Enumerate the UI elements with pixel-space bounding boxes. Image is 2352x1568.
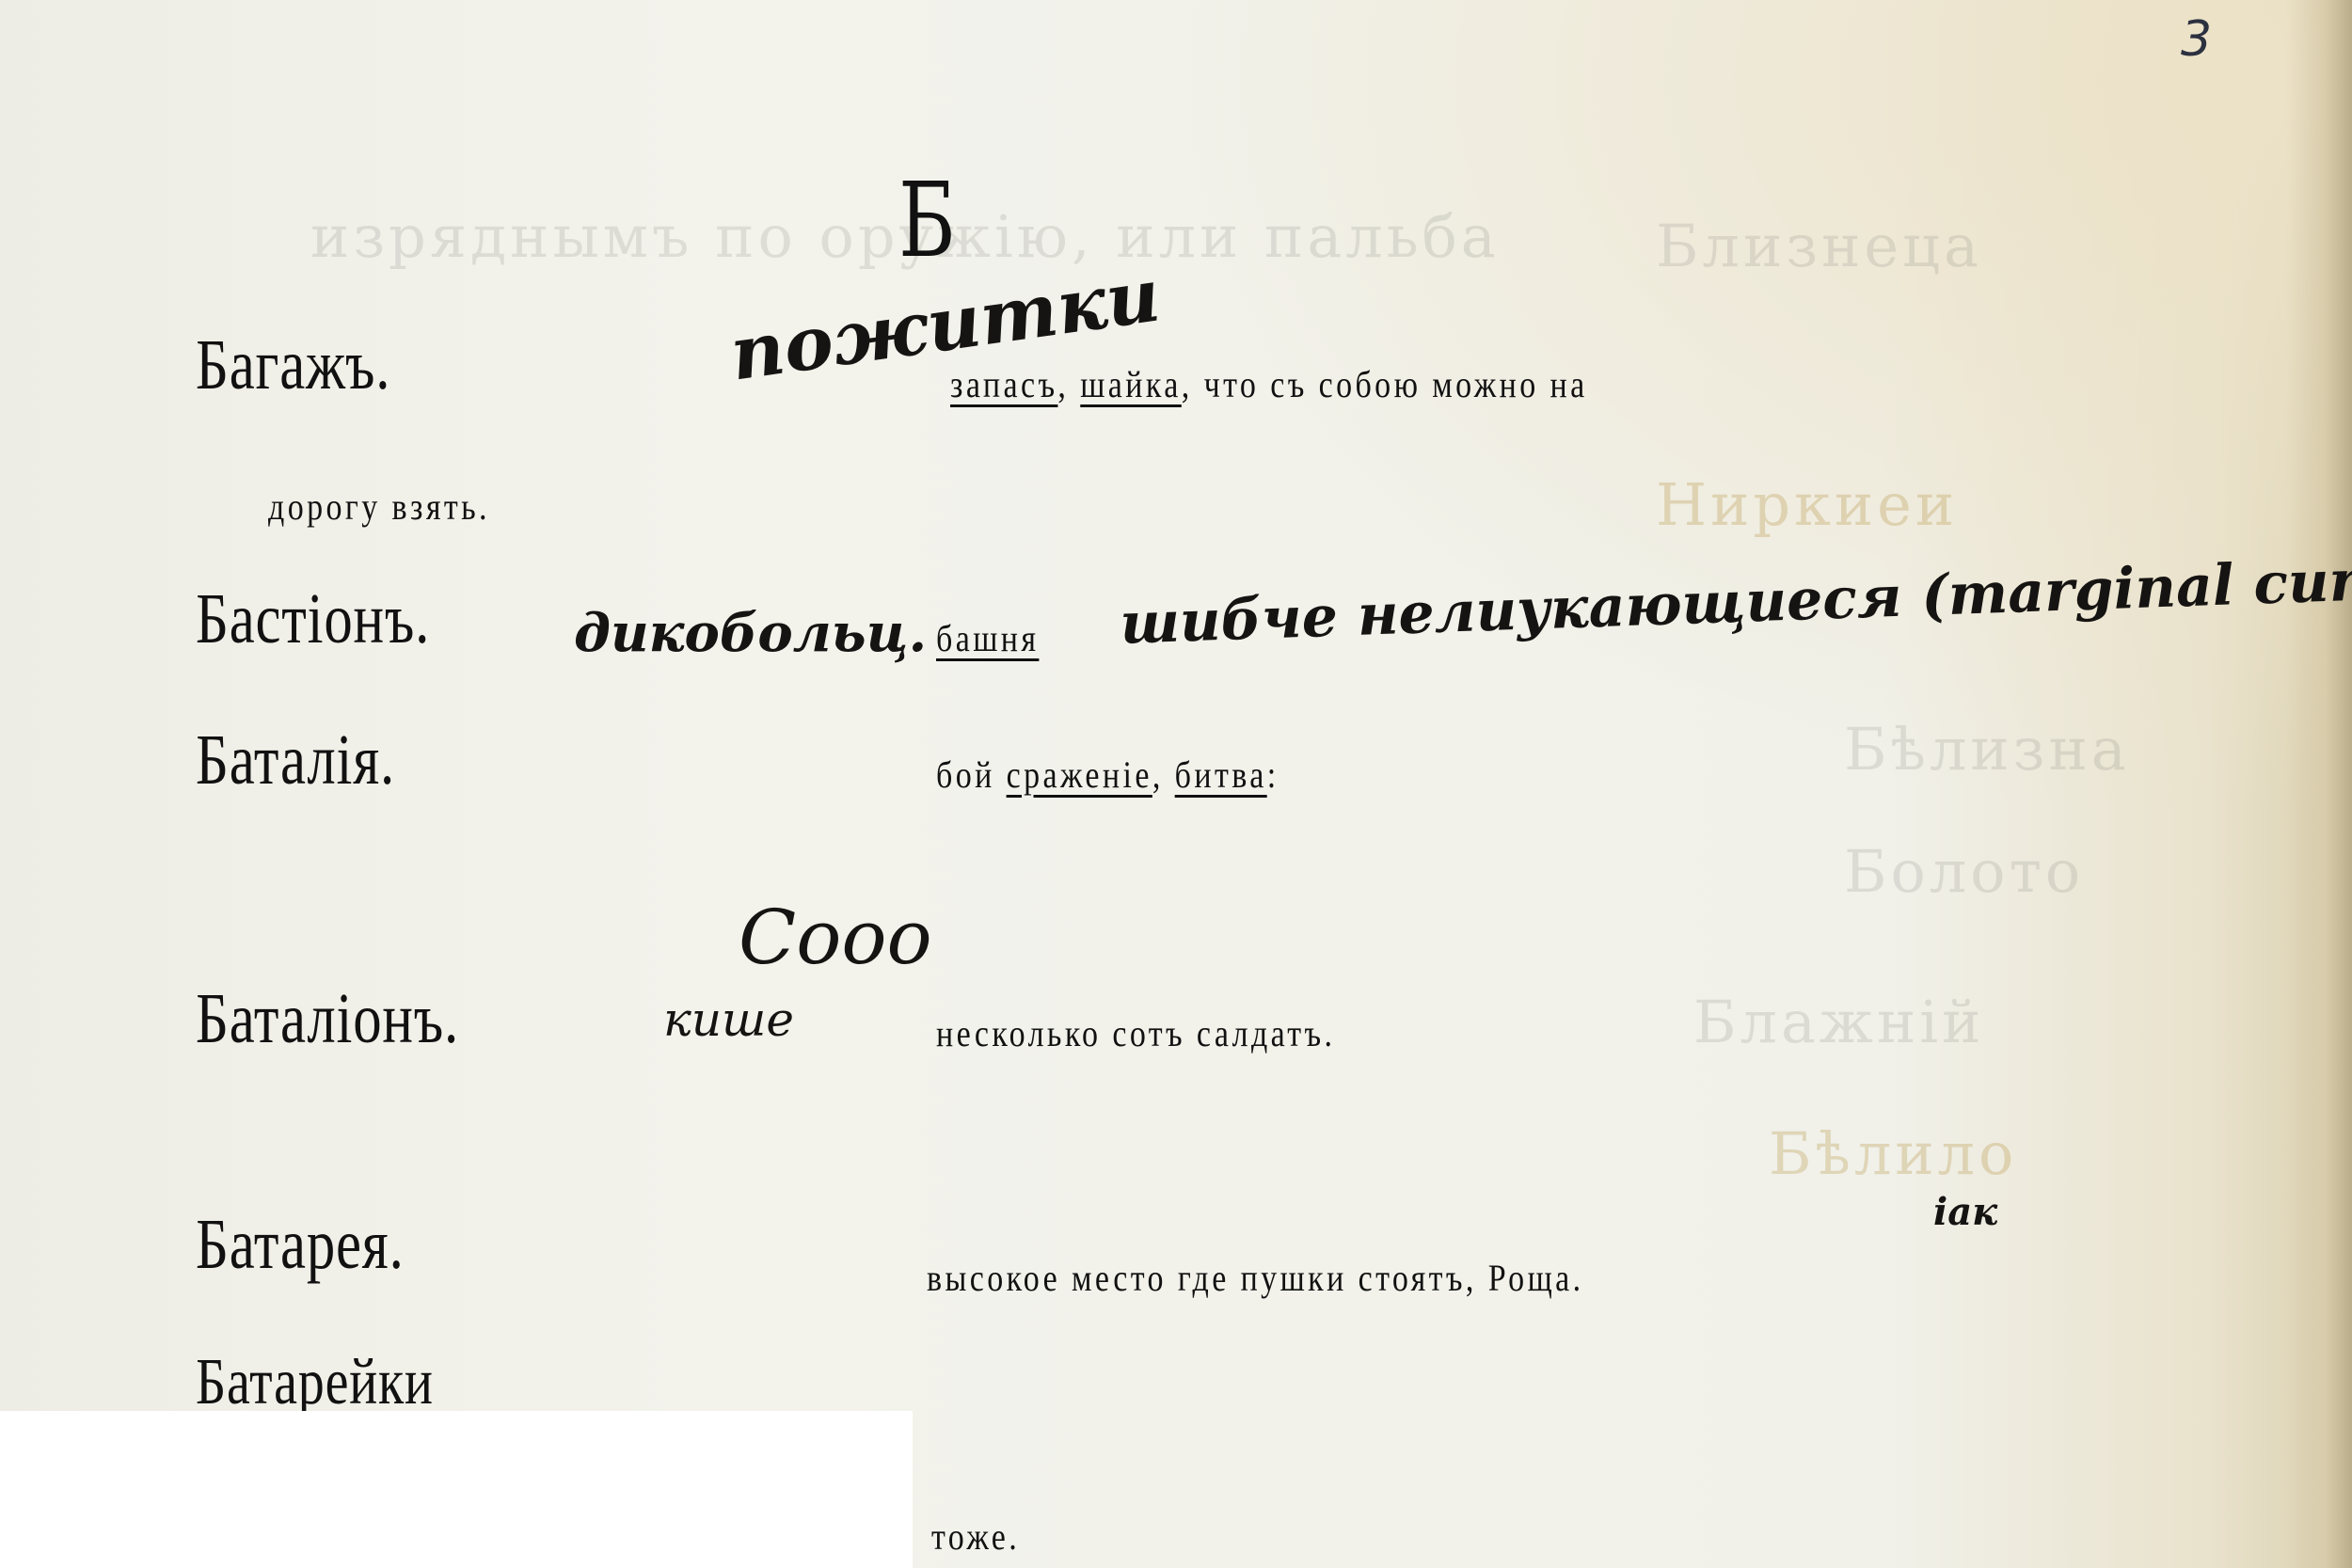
definition-continuation: дорогу взять. [268, 484, 490, 529]
definition-text: , что съ собою можно на [1182, 363, 1588, 405]
photo-overexposed-area [0, 1411, 913, 1568]
definition-text: , [1057, 363, 1080, 405]
bleed-through-word: Бѣлило [1769, 1119, 2017, 1188]
headword: Багажъ. [196, 325, 390, 406]
definition: бой сраженіе, битва: [936, 752, 1279, 797]
handwritten-note: дикобольц. [574, 602, 927, 664]
handwritten-annotation: шибче нелиукающиеся (marginal cursive no… [1119, 537, 2352, 657]
headword: Баталія. [196, 720, 395, 801]
definition: несколько сотъ салдатъ. [936, 1011, 1335, 1055]
definition-term: башня [936, 617, 1039, 659]
bleed-through-word: Блажній [1693, 988, 1984, 1056]
headword: Батарея. [196, 1204, 405, 1286]
headword: Батарейки [196, 1345, 434, 1420]
definition-text: , [1152, 753, 1175, 796]
definition-term: шайка [1080, 363, 1182, 405]
bleed-through-word: Ниркиеи [1656, 470, 1958, 539]
definition: запасъ, шайка, что съ собою можно на [950, 362, 1588, 406]
letter-heading: Б [898, 160, 956, 280]
handwritten-annotation: іак [1933, 1190, 1997, 1234]
bleed-through-word: Бѣлизна [1844, 715, 2130, 784]
manuscript-page: изряднымъ по оружію, или пальба Близнеца… [0, 0, 2352, 1568]
bleed-through-word: Близнеца [1656, 212, 1982, 280]
definition-term: сраженіе [1007, 753, 1152, 796]
headword: Баталіонъ. [196, 978, 459, 1060]
definition: башня [936, 616, 1039, 660]
handwritten-annotation: Сооо [739, 894, 932, 981]
headword: Бастіонъ. [196, 578, 430, 660]
definition: высокое место где пушки стоятъ, Роща. [927, 1256, 1584, 1300]
definition: тоже. [931, 1514, 1020, 1559]
page-edge-shadow [2286, 0, 2352, 1568]
handwritten-note: кише [663, 992, 794, 1047]
definition-term: битва [1175, 753, 1267, 796]
definition-text: бой [936, 753, 1007, 796]
definition-text: : [1267, 753, 1279, 796]
page-number: 3 [2181, 11, 2212, 68]
definition-term: запасъ [950, 363, 1057, 405]
bleed-through-word: Болото [1844, 837, 2084, 906]
